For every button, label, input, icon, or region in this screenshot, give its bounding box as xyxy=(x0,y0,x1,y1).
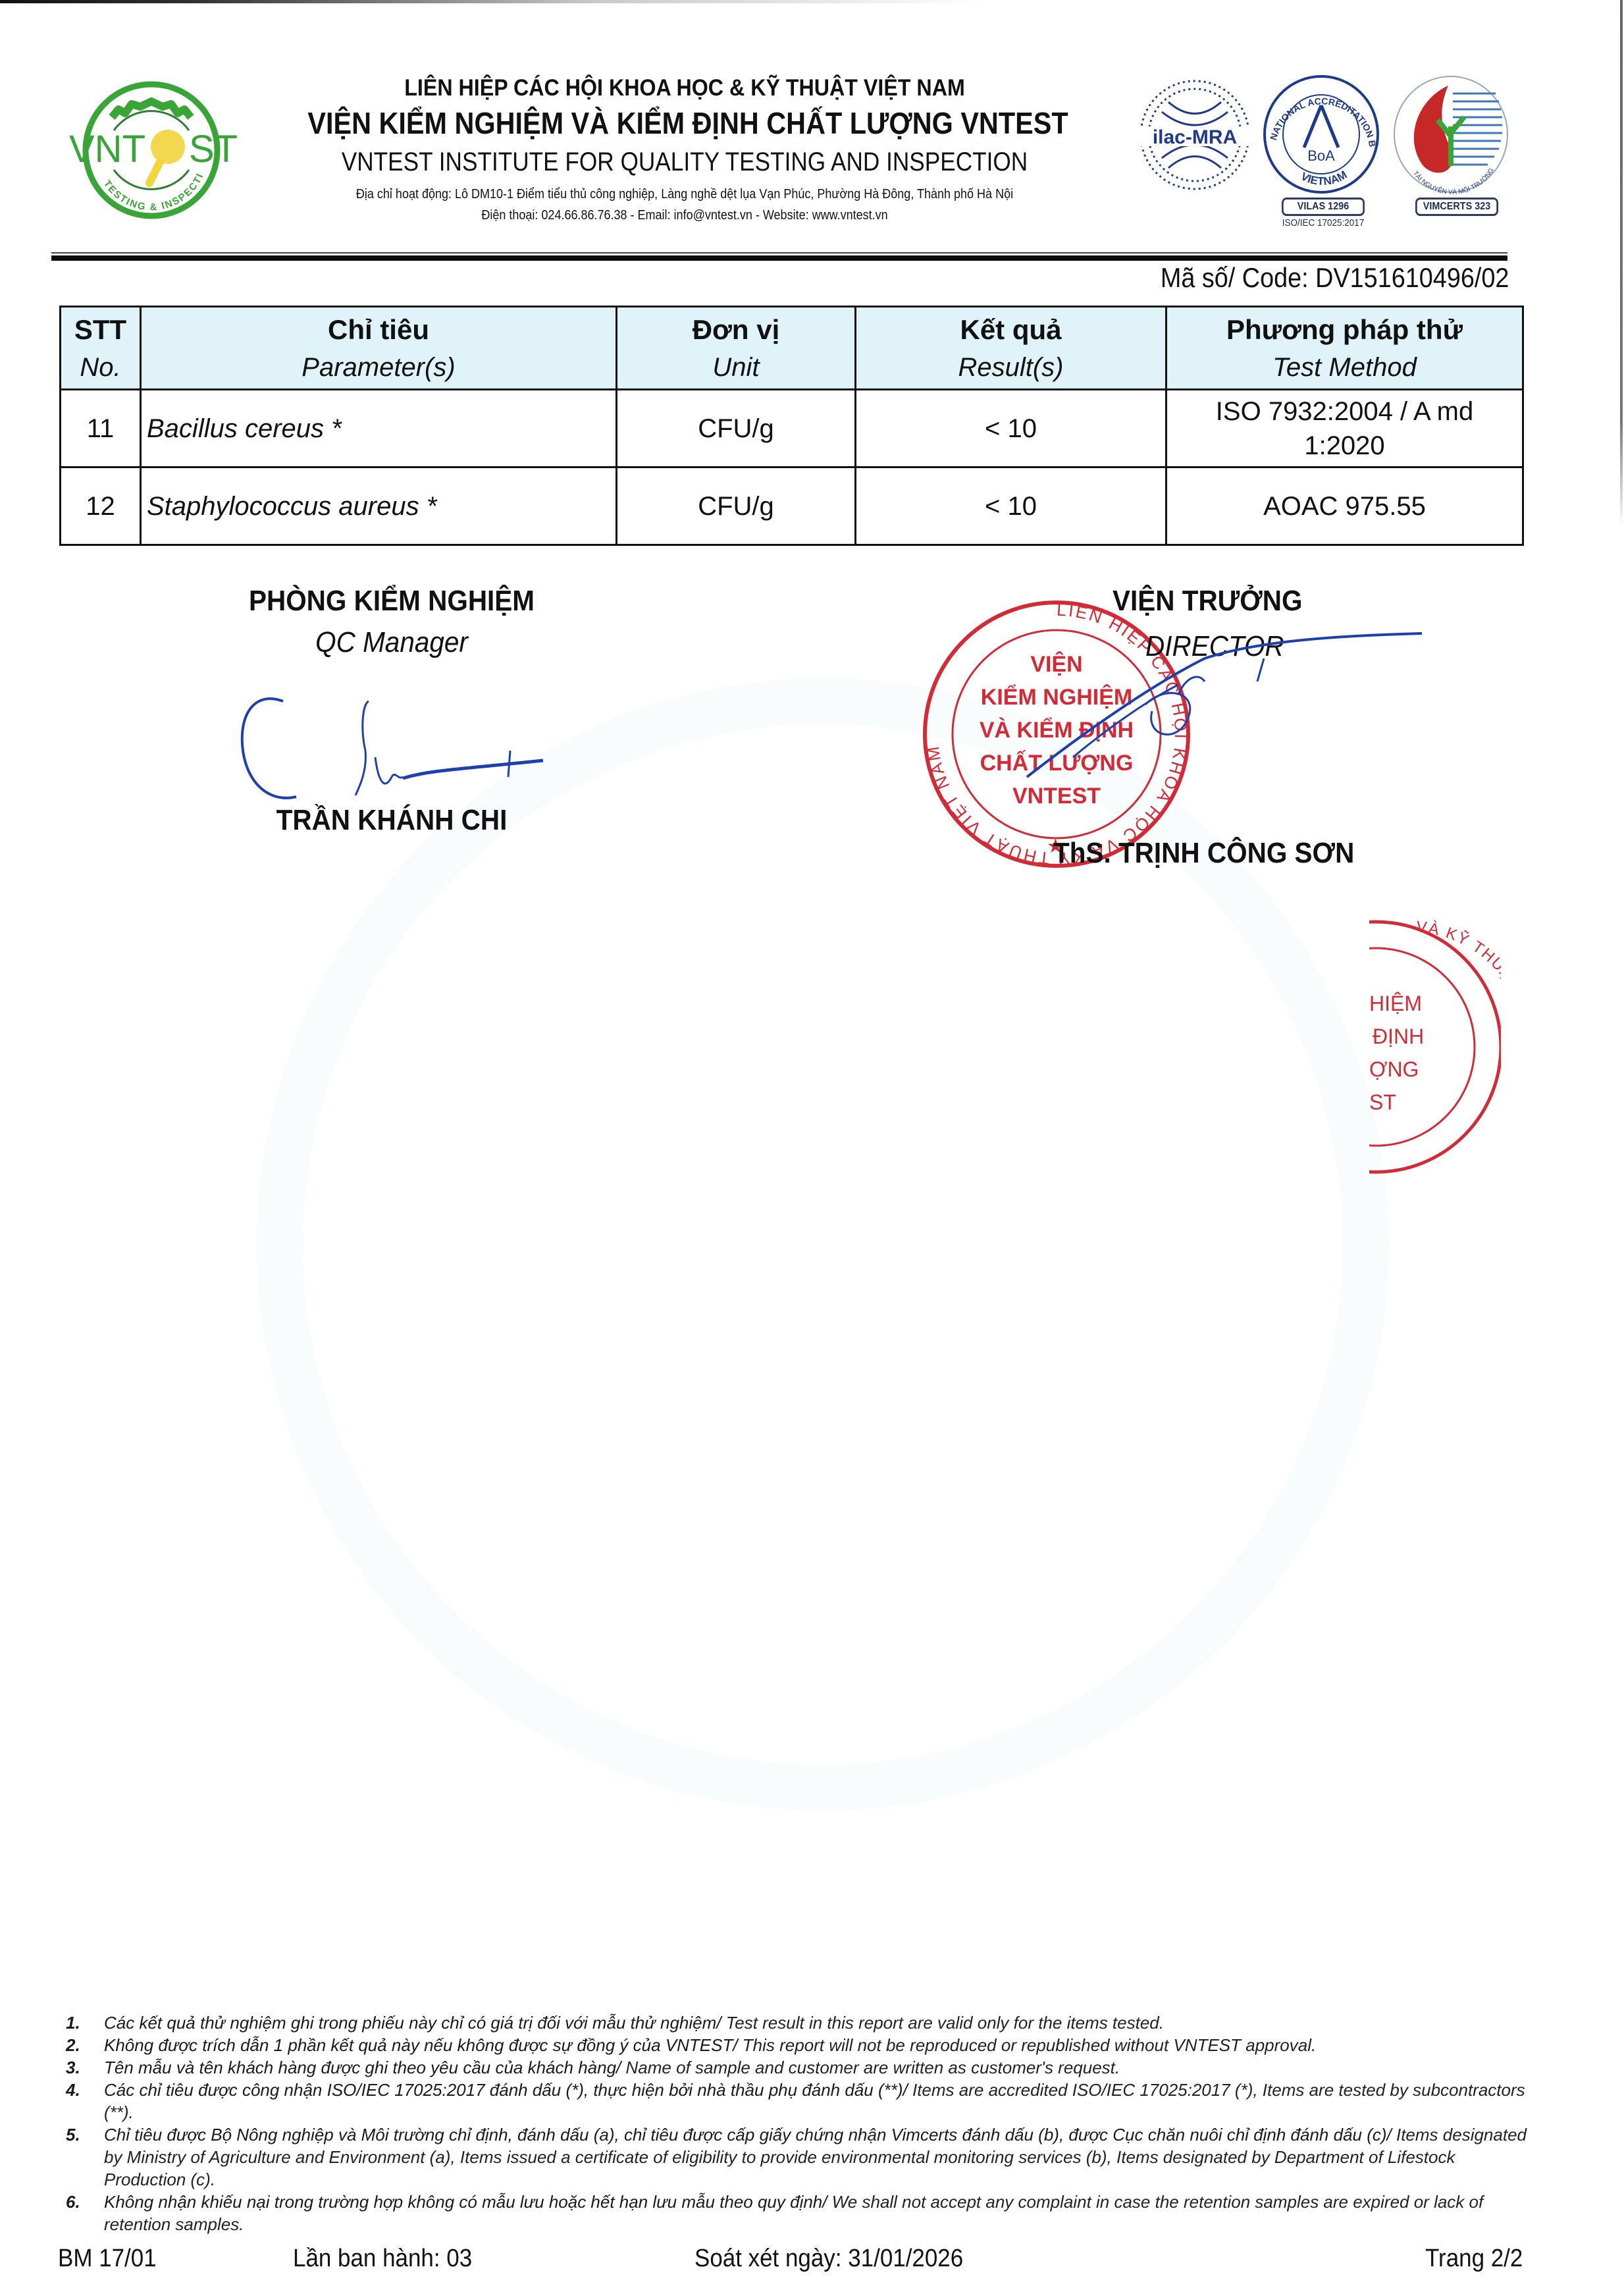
partial-edge-stamp: VÀ KỸ THUẬT VIỆT NAM HIỆM ĐỊNH ỢNG ST xyxy=(1369,912,1501,1182)
column-header-no: STTNo. xyxy=(61,307,141,390)
report-code: Mã số/ Code: DV151610496/02 xyxy=(1160,262,1509,294)
results-table: STTNo. Chỉ tiêuParameter(s) Đơn vịUnit K… xyxy=(59,306,1524,546)
signer-title-director: VIỆN TRƯỞNG xyxy=(1113,579,1303,623)
cell-result: < 10 xyxy=(856,390,1166,467)
column-header-result: Kết quảResult(s) xyxy=(856,307,1166,390)
svg-text:HIỆM: HIỆM xyxy=(1369,992,1422,1015)
header-divider-thin xyxy=(51,252,1507,253)
handwritten-signature-director xyxy=(987,626,1435,797)
page-footer: BM 17/01 Lần ban hành: 03 Soát xét ngày:… xyxy=(0,2242,1624,2275)
vilas-badge: VILAS 1296 xyxy=(1282,198,1365,216)
iso-accreditation-note: ISO/IEC 17025:2017 xyxy=(1273,217,1374,228)
cell-parameter: Staphylococcus aureus * xyxy=(141,467,617,545)
handwritten-signature-qc xyxy=(230,672,560,816)
boa-accreditation-logo: NATIONAL ACCREDITATION BUREAU VIETNAM Bo… xyxy=(1261,74,1382,199)
scan-edge-top xyxy=(0,0,987,3)
cell-result: < 10 xyxy=(856,467,1166,545)
header-text-block: LIÊN HIỆP CÁC HỘI KHOA HỌC & KỸ THUẬT VI… xyxy=(237,74,1132,225)
org-parent-name: LIÊN HIỆP CÁC HỘI KHOA HỌC & KỸ THUẬT VI… xyxy=(273,74,1096,103)
issue-number: Lần ban hành: 03 xyxy=(293,2242,472,2275)
header-divider-thick xyxy=(51,255,1507,261)
svg-text:TÀI NGUYÊN VÀ MÔI TRƯỜNG: TÀI NGUYÊN VÀ MÔI TRƯỜNG xyxy=(1411,167,1496,196)
org-name-en: VNTEST INSTITUTE FOR QUALITY TESTING AND… xyxy=(291,144,1079,180)
svg-text:VÀ KỸ THUẬT VIỆT NAM: VÀ KỸ THUẬT VIỆT NAM xyxy=(1415,918,1501,1082)
svg-text:ilac-MRA: ilac-MRA xyxy=(1153,126,1237,148)
footnote-item: 3.Tên mẫu và tên khách hàng được ghi the… xyxy=(66,2056,1534,2079)
org-contact: Điện thoại: 024.66.86.76.38 - Email: inf… xyxy=(282,205,1087,225)
cell-unit: CFU/g xyxy=(617,467,856,545)
cell-no: 11 xyxy=(61,390,141,467)
svg-text:ỢNG: ỢNG xyxy=(1369,1057,1419,1081)
svg-text:BoA: BoA xyxy=(1307,147,1335,164)
signer-name-director: ThS. TRỊNH CÔNG SƠN xyxy=(1053,834,1354,873)
org-name-vi: VIỆN KIỂM NGHIỆM VÀ KIỂM ĐỊNH CHẤT LƯỢNG… xyxy=(288,103,1088,144)
signer-role: QC Manager xyxy=(213,623,571,662)
vimcerts-logo: TÀI NGUYÊN VÀ MÔI TRƯỜNG xyxy=(1390,74,1512,199)
vntest-logo: VNT ST TESTING & INSPECTION xyxy=(63,78,240,223)
cell-parameter: Bacillus cereus * xyxy=(141,390,617,467)
table-row: 12 Staphylococcus aureus * CFU/g < 10 AO… xyxy=(61,467,1523,545)
footnote-item: 6.Không nhận khiếu nại trong trường hợp … xyxy=(66,2191,1534,2235)
svg-text:VIETNAM: VIETNAM xyxy=(1299,169,1349,188)
org-address: Địa chỉ hoạt động: Lô DM10-1 Điểm tiểu t… xyxy=(282,183,1087,205)
column-header-method: Phương pháp thửTest Method xyxy=(1166,307,1523,390)
cell-unit: CFU/g xyxy=(617,390,856,467)
scan-edge-right xyxy=(1620,0,1623,527)
signer-department: PHÒNG KIỂM NGHIỆM xyxy=(213,579,571,623)
form-code: BM 17/01 xyxy=(58,2242,157,2275)
cell-no: 12 xyxy=(61,467,141,545)
footnote-item: 1.Các kết quả thử nghiệm ghi trong phiếu… xyxy=(66,2012,1534,2034)
svg-text:ST: ST xyxy=(189,128,238,171)
footnotes-list: 1.Các kết quả thử nghiệm ghi trong phiếu… xyxy=(66,2012,1534,2235)
column-header-unit: Đơn vịUnit xyxy=(617,307,856,390)
footnote-item: 2.Không được trích dẫn 1 phần kết quả nà… xyxy=(66,2034,1534,2056)
table-header-row: STTNo. Chỉ tiêuParameter(s) Đơn vịUnit K… xyxy=(61,307,1523,390)
page-number: Trang 2/2 xyxy=(1425,2242,1523,2275)
table-row: 11 Bacillus cereus * CFU/g < 10 ISO 7932… xyxy=(61,390,1523,467)
svg-text:VNT: VNT xyxy=(69,128,145,171)
footnote-item: 4.Các chỉ tiêu được công nhận ISO/IEC 17… xyxy=(66,2079,1534,2123)
cell-method: ISO 7932:2004 / A md1:2020 xyxy=(1166,390,1523,467)
svg-text:ĐỊNH: ĐỊNH xyxy=(1373,1025,1424,1048)
footnote-item: 5.Chỉ tiêu được Bộ Nông nghiệp và Môi tr… xyxy=(66,2123,1534,2191)
svg-text:ST: ST xyxy=(1369,1090,1396,1114)
column-header-parameter: Chỉ tiêuParameter(s) xyxy=(141,307,617,390)
review-date: Soát xét ngày: 31/01/2026 xyxy=(694,2242,963,2275)
ilac-mra-logo: ilac-MRA xyxy=(1136,72,1254,198)
vimcerts-badge: VIMCERTS 323 xyxy=(1415,198,1498,216)
cell-method: AOAC 975.55 xyxy=(1166,467,1523,545)
